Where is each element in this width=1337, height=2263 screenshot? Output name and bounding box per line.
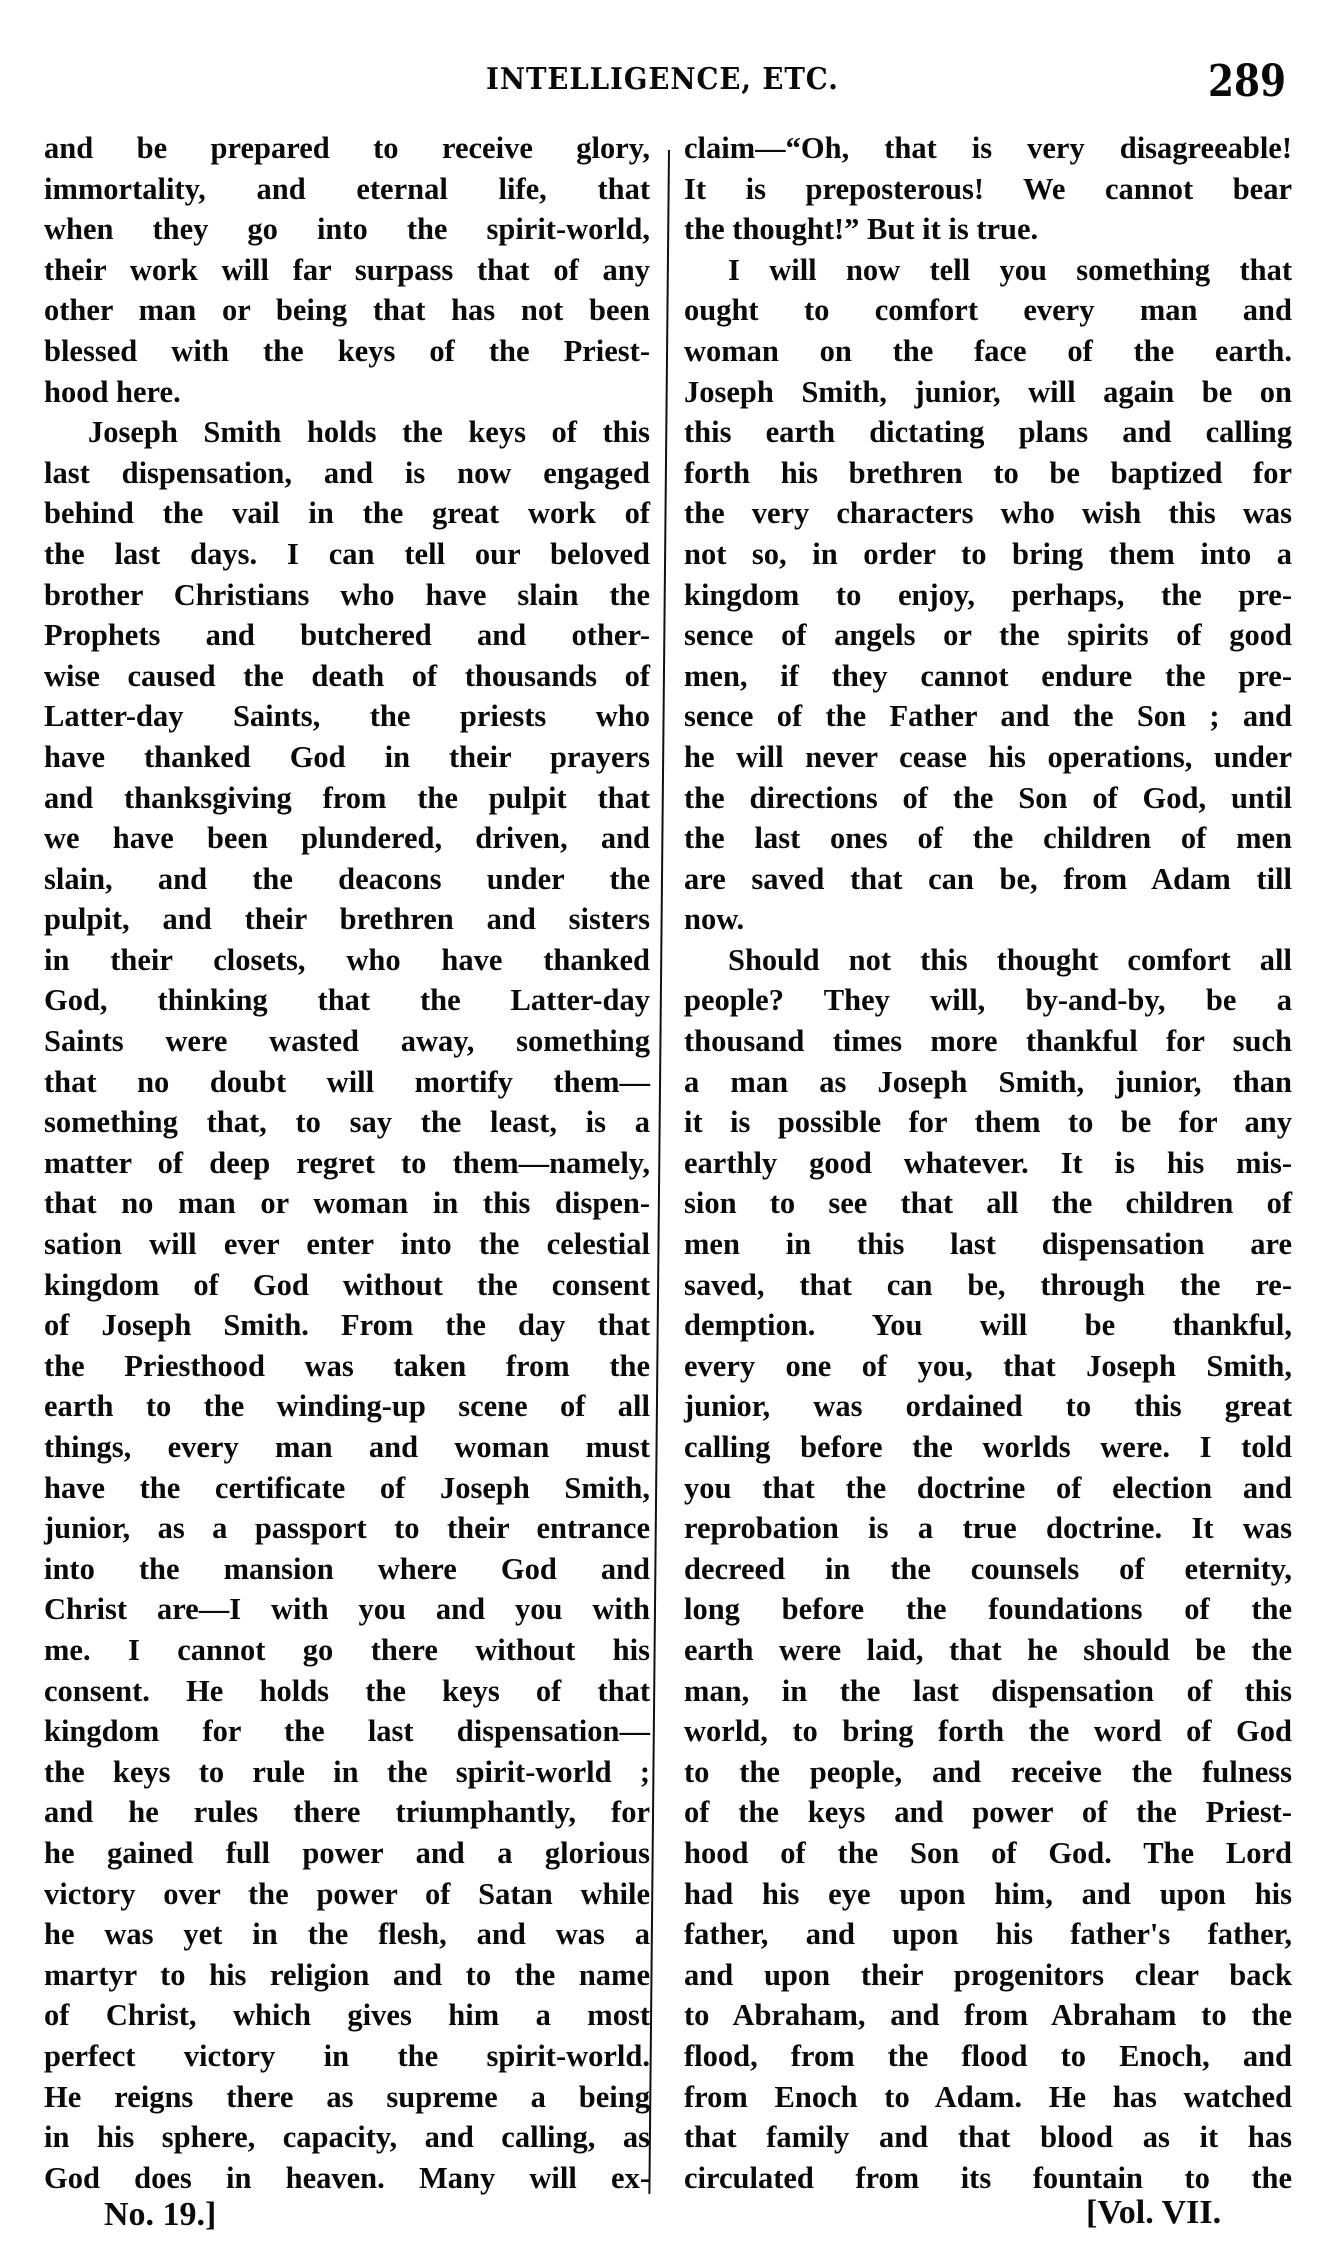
text-line: and thanksgiving from the pulpit that [44, 778, 650, 819]
text-line: Saints were wasted away, something [44, 1021, 650, 1062]
page-number: 289 [1208, 56, 1286, 107]
text-line: ought to comfort every man and [684, 290, 1292, 331]
text-line: thousand times more thankful for such [684, 1021, 1292, 1062]
text-line: and he rules there triumphantly, for [44, 1792, 650, 1833]
text-line: calling before the worlds were. I told [684, 1427, 1292, 1468]
text-line: the thought!” But it is true. [684, 209, 1292, 250]
text-line: last dispensation, and is now engaged [44, 453, 650, 494]
text-line: demption. You will be thankful, [684, 1305, 1292, 1346]
issue-number: No. 19.] [104, 2196, 216, 2234]
text-line: the last ones of the children of men [684, 818, 1292, 859]
text-line: Christ are—I with you and you with [44, 1589, 650, 1630]
text-line: father, and upon his father's father, [684, 1914, 1292, 1955]
text-line: kingdom to enjoy, perhaps, the pre- [684, 575, 1292, 616]
text-line: world, to bring forth the word of God [684, 1711, 1292, 1752]
text-line: the last days. I can tell our beloved [44, 534, 650, 575]
text-line: it is possible for them to be for any [684, 1102, 1292, 1143]
text-line: men in this last dispensation are [684, 1224, 1292, 1265]
text-line: matter of deep regret to them—namely, [44, 1143, 650, 1184]
text-line: He reigns there as supreme a being [44, 2077, 650, 2118]
text-line: hood here. [44, 372, 650, 413]
text-line: Latter-day Saints, the priests who [44, 696, 650, 737]
text-line: slain, and the deacons under the [44, 859, 650, 900]
text-line: victory over the power of Satan while [44, 1874, 650, 1915]
text-line: something that, to say the least, is a [44, 1102, 650, 1143]
text-line: not so, in order to bring them into a [684, 534, 1292, 575]
text-line: God, thinking that the Latter-day [44, 980, 650, 1021]
text-line: junior, as a passport to their entrance [44, 1508, 650, 1549]
text-line: wise caused the death of thousands of [44, 656, 650, 697]
text-line: the Priesthood was taken from the [44, 1346, 650, 1387]
text-line: sence of the Father and the Son ; and [684, 696, 1292, 737]
text-line: have the certificate of Joseph Smith, [44, 1468, 650, 1509]
text-line: earth to the winding-up scene of all [44, 1386, 650, 1427]
text-line: he was yet in the flesh, and was a [44, 1914, 650, 1955]
text-line: that no man or woman in this dispen- [44, 1183, 650, 1224]
text-line: you that the doctrine of election and [684, 1468, 1292, 1509]
text-line: people? They will, by-and-by, be a [684, 980, 1292, 1021]
text-line: the directions of the Son of God, until [684, 778, 1292, 819]
text-line: woman on the face of the earth. [684, 331, 1292, 372]
text-line: in their closets, who have thanked [44, 940, 650, 981]
text-line: behind the vail in the great work of [44, 493, 650, 534]
text-line: had his eye upon him, and upon his [684, 1874, 1292, 1915]
text-line: Joseph Smith holds the keys of this [44, 412, 650, 453]
text-line: men, if they cannot endure the pre- [684, 656, 1292, 697]
text-line: other man or being that has not been [44, 290, 650, 331]
text-line: God does in heaven. Many will ex- [44, 2158, 650, 2199]
text-line: It is preposterous! We cannot bear [684, 169, 1292, 210]
text-line: kingdom for the last dispensation— [44, 1711, 650, 1752]
text-line: of Joseph Smith. From the day that [44, 1305, 650, 1346]
text-line: have thanked God in their prayers [44, 737, 650, 778]
text-line: earthly good whatever. It is his mis- [684, 1143, 1292, 1184]
text-line: sation will ever enter into the celestia… [44, 1224, 650, 1265]
text-line: Joseph Smith, junior, will again be on [684, 372, 1292, 413]
text-line: and be prepared to receive glory, [44, 128, 650, 169]
text-line: perfect victory in the spirit-world. [44, 2036, 650, 2077]
text-line: pulpit, and their brethren and sisters [44, 899, 650, 940]
text-line: saved, that can be, through the re- [684, 1265, 1292, 1306]
text-line: circulated from its fountain to the [684, 2158, 1292, 2199]
text-line: he gained full power and a glorious [44, 1833, 650, 1874]
text-line: martyr to his religion and to the name [44, 1955, 650, 1996]
text-line: he will never cease his operations, unde… [684, 737, 1292, 778]
text-line: claim—“Oh, that is very disagreeable! [684, 128, 1292, 169]
text-line: earth were laid, that he should be the [684, 1630, 1292, 1671]
text-line: into the mansion where God and [44, 1549, 650, 1590]
left-column: and be prepared to receive glory,immorta… [44, 128, 650, 2198]
text-line: things, every man and woman must [44, 1427, 650, 1468]
running-head: INTELLIGENCE, ETC. [486, 62, 817, 97]
volume-number: [Vol. VII. [1086, 2194, 1221, 2232]
text-line: from Enoch to Adam. He has watched [684, 2077, 1292, 2118]
text-line: me. I cannot go there without his [44, 1630, 650, 1671]
text-line: are saved that can be, from Adam till [684, 859, 1292, 900]
right-column: claim—“Oh, that is very disagreeable!It … [684, 128, 1292, 2198]
text-line: reprobation is a true doctrine. It was [684, 1508, 1292, 1549]
text-line: now. [684, 899, 1292, 940]
text-line: that no doubt will mortify them— [44, 1062, 650, 1103]
text-line: and upon their progenitors clear back [684, 1955, 1292, 1996]
text-line: blessed with the keys of the Priest- [44, 331, 650, 372]
text-line: we have been plundered, driven, and [44, 818, 650, 859]
book-page: INTELLIGENCE, ETC. 289 and be prepared t… [0, 0, 1337, 2263]
text-line: brother Christians who have slain the [44, 575, 650, 616]
text-line: a man as Joseph Smith, junior, than [684, 1062, 1292, 1103]
text-line: decreed in the counsels of eternity, [684, 1549, 1292, 1590]
text-line: this earth dictating plans and calling [684, 412, 1292, 453]
text-line: when they go into the spirit-world, [44, 209, 650, 250]
text-line: every one of you, that Joseph Smith, [684, 1346, 1292, 1387]
text-line: the keys to rule in the spirit-world ; [44, 1752, 650, 1793]
text-line: I will now tell you something that [684, 250, 1292, 291]
text-line: Prophets and butchered and other- [44, 615, 650, 656]
text-line: of the keys and power of the Priest- [684, 1792, 1292, 1833]
column-divider [648, 150, 670, 2194]
text-line: hood of the Son of God. The Lord [684, 1833, 1292, 1874]
text-line: immortality, and eternal life, that [44, 169, 650, 210]
text-line: their work will far surpass that of any [44, 250, 650, 291]
text-line: kingdom of God without the consent [44, 1265, 650, 1306]
text-line: forth his brethren to be baptized for [684, 453, 1292, 494]
text-line: sence of angels or the spirits of good [684, 615, 1292, 656]
text-line: the very characters who wish this was [684, 493, 1292, 534]
text-line: that family and that blood as it has [684, 2117, 1292, 2158]
text-line: of Christ, which gives him a most [44, 1995, 650, 2036]
text-line: to Abraham, and from Abraham to the [684, 1995, 1292, 2036]
text-line: sion to see that all the children of [684, 1183, 1292, 1224]
text-line: junior, was ordained to this great [684, 1386, 1292, 1427]
text-line: to the people, and receive the fulness [684, 1752, 1292, 1793]
text-line: long before the foundations of the [684, 1589, 1292, 1630]
text-line: Should not this thought comfort all [684, 940, 1292, 981]
text-line: in his sphere, capacity, and calling, as [44, 2117, 650, 2158]
text-line: consent. He holds the keys of that [44, 1671, 650, 1712]
text-line: flood, from the flood to Enoch, and [684, 2036, 1292, 2077]
text-line: man, in the last dispensation of this [684, 1671, 1292, 1712]
